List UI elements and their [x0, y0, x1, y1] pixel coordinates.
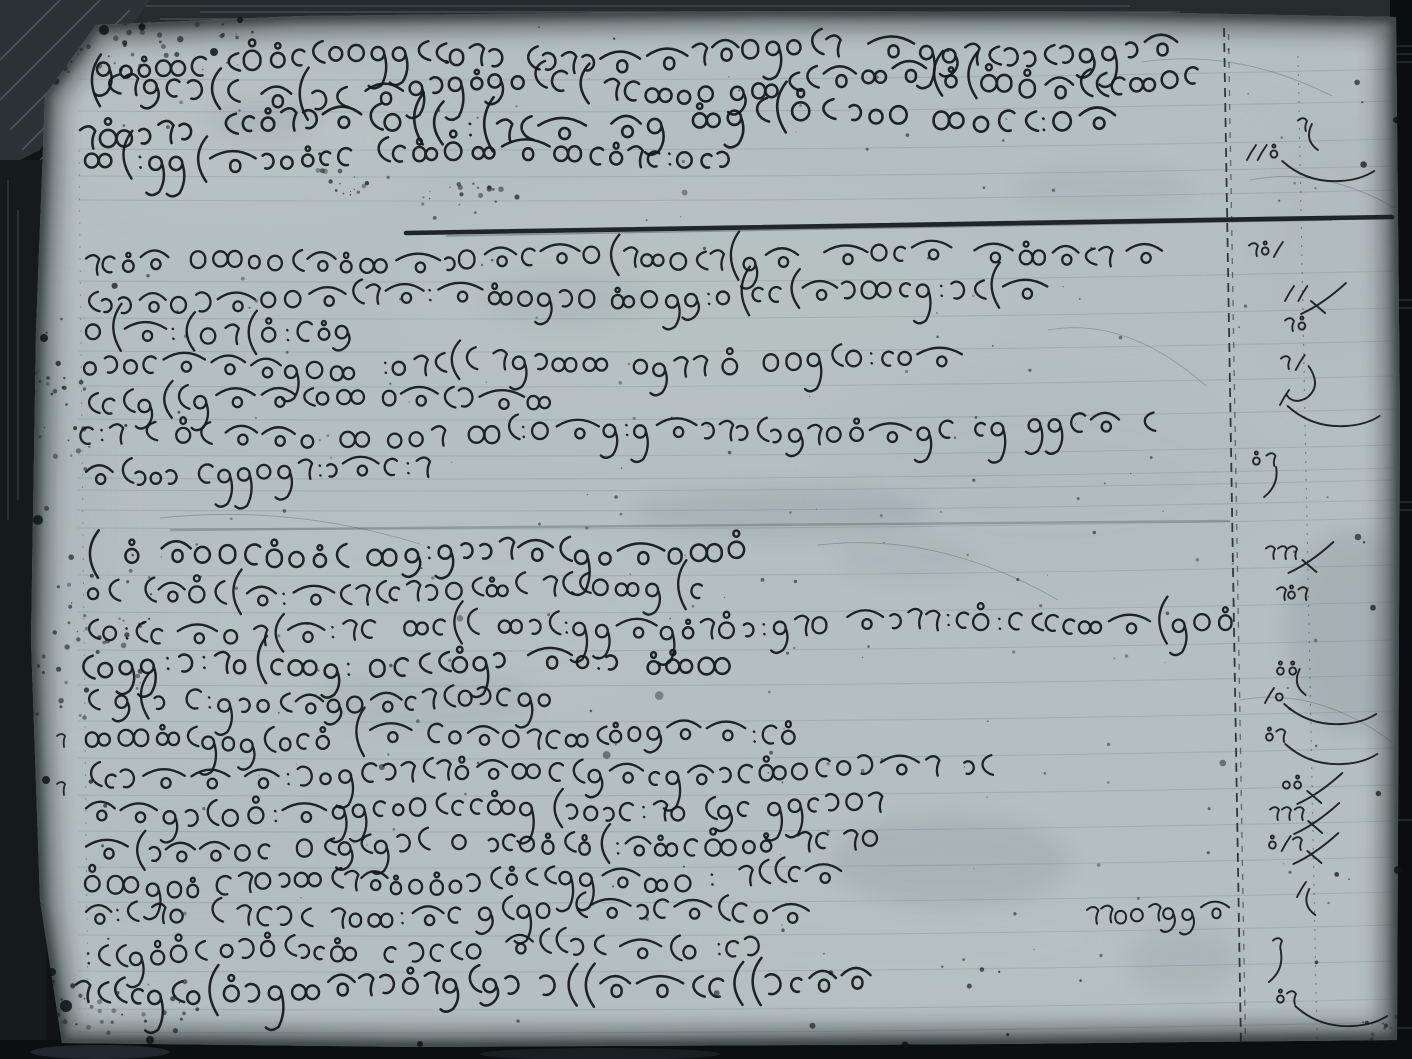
stain [1015, 164, 1195, 216]
stain [631, 486, 931, 538]
stain [479, 274, 651, 326]
manuscript-photo [0, 0, 1412, 1059]
stain [320, 666, 540, 734]
stain [1286, 528, 1412, 736]
stain [830, 814, 1070, 910]
stain [835, 538, 975, 582]
document-scan [0, 0, 1412, 1059]
stain [1126, 926, 1238, 994]
